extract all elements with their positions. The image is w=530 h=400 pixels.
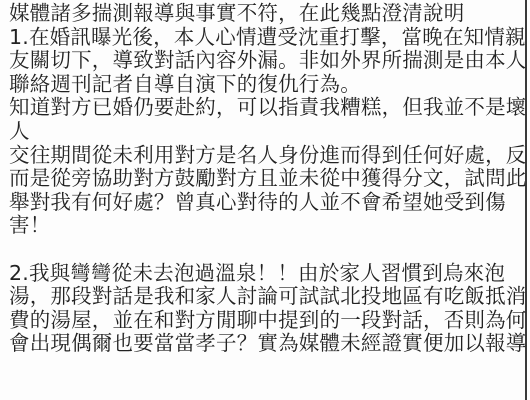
post-line: 湯，那段對話是我和家人討論可試試北投地區有吃飯抵消 (9, 285, 524, 309)
post-line: 會出現偶爾也要當當孝子？實為媒體未經證實便加以報導 (9, 332, 524, 356)
post-line: 1.在婚訊曝光後，本人心情遭受沈重打擊，當晚在知情親 (9, 26, 524, 50)
post-line: 人 (9, 120, 524, 144)
post-line: 交往期間從未利用對方是名人身份進而得到任何好處，反 (9, 144, 524, 168)
post-line: 害！ (9, 214, 524, 238)
paragraph-gap (9, 238, 524, 262)
post-line: 聯絡週刊記者自導自演下的復仇行為。 (9, 73, 524, 97)
post-heading: 媒體諸多揣測報導與事實不符，在此幾點澄清說明 (9, 2, 524, 26)
post-line: 而是從旁協助對方鼓勵對方且並未從中獲得分文，試問此 (9, 167, 524, 191)
post-line: 費的湯屋，並在和對方閒聊中提到的一段對話，否則為何 (9, 309, 524, 333)
post-body: 媒體諸多揣測報導與事實不符，在此幾點澄清說明 1.在婚訊曝光後，本人心情遭受沈重… (9, 2, 524, 356)
post-line: 舉對我有何好處？曾真心對待的人並不會希望她受到傷 (9, 191, 524, 215)
post-line: 知道對方已婚仍要赴約，可以指責我糟糕，但我並不是壞 (9, 96, 524, 120)
post-line: 友關切下，導致對話內容外漏。非如外界所揣測是由本人 (9, 49, 524, 73)
post-line: 2.我與彎彎從未去泡過溫泉！！由於家人習慣到烏來泡 (9, 262, 524, 286)
post-panel: 媒體諸多揣測報導與事實不符，在此幾點澄清說明 1.在婚訊曝光後，本人心情遭受沈重… (0, 0, 527, 400)
